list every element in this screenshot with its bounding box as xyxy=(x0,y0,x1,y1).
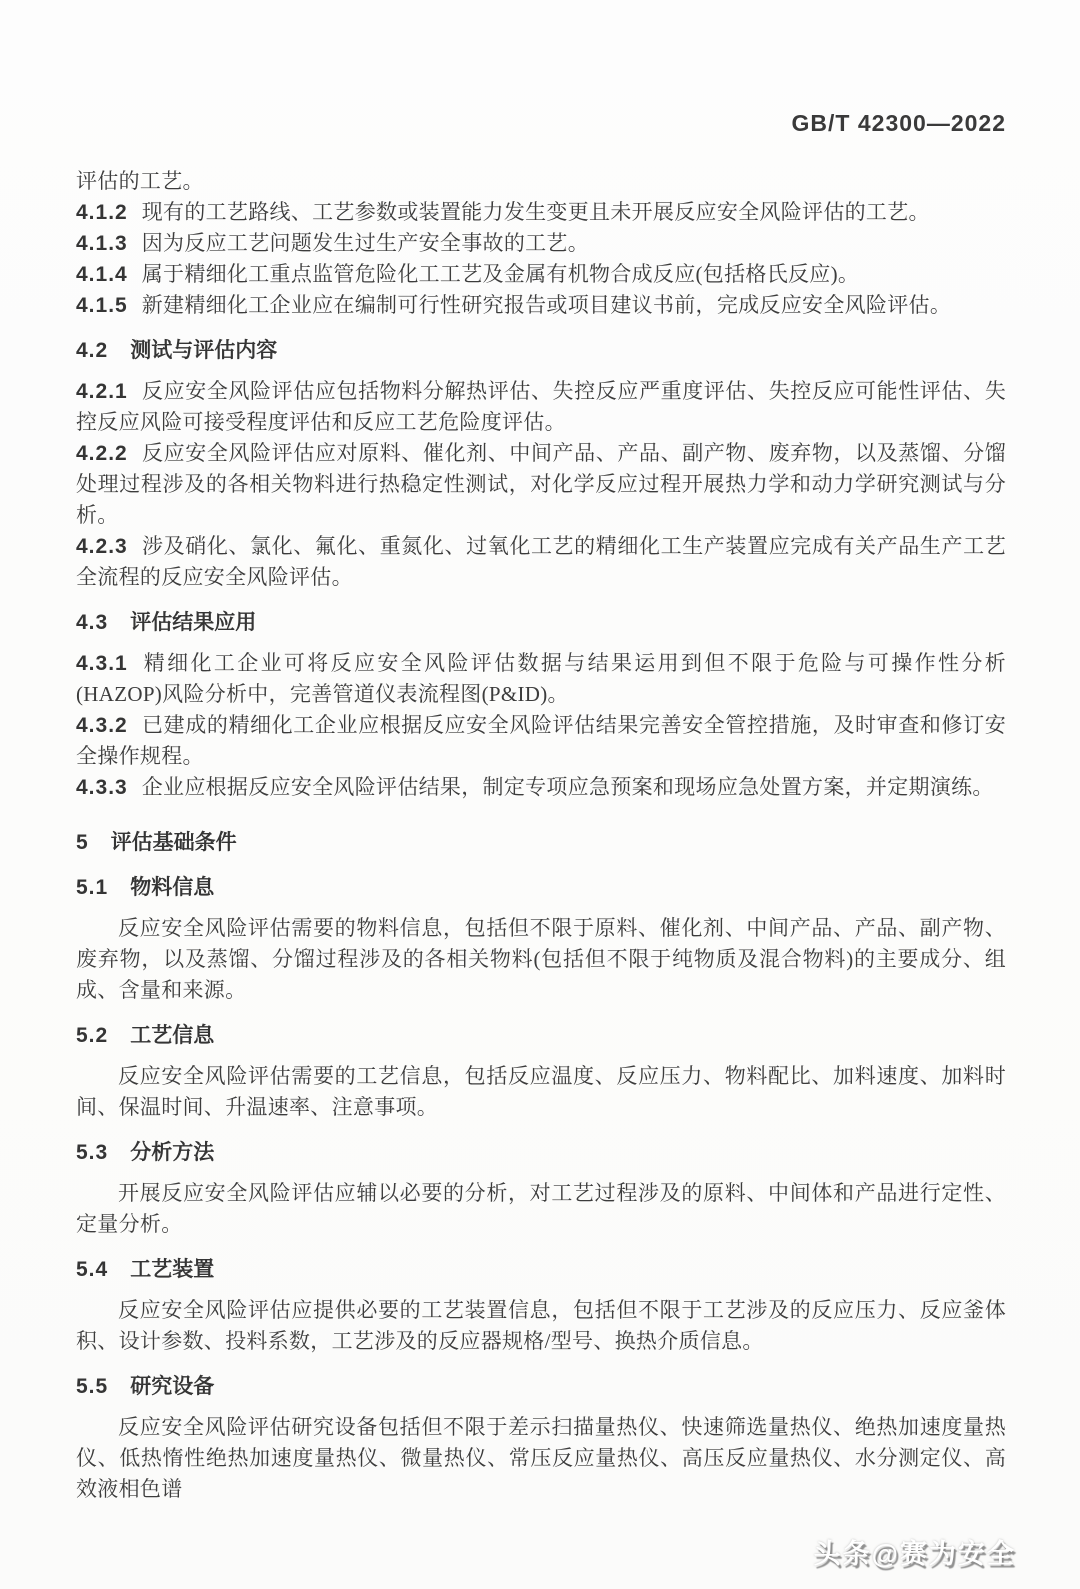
paragraph-text: 企业应根据反应安全风险评估结果，制定专项应急预案和现场应急处置方案，并定期演练。 xyxy=(142,775,994,799)
document-content: GB/T 42300—2022 评估的工艺。4.1.2现有的工艺路线、工艺参数或… xyxy=(76,110,1006,1505)
section-heading: 5.5研究设备 xyxy=(76,1371,1006,1402)
document-body: 评估的工艺。4.1.2现有的工艺路线、工艺参数或装置能力发生变更且未开展反应安全… xyxy=(76,166,1006,1505)
clause-paragraph: 4.1.4属于精细化工重点监管危险化工工艺及金属有机物合成反应(包括格氏反应)。 xyxy=(76,259,1006,290)
clause-number: 4.3.3 xyxy=(76,776,128,799)
indented-paragraph: 反应安全风险评估需要的工艺信息，包括反应温度、反应压力、物料配比、加料速度、加料… xyxy=(76,1061,1006,1123)
heading-text: 工艺信息 xyxy=(130,1024,214,1047)
paragraph-text: 反应安全风险评估应包括物料分解热评估、失控反应严重度评估、失控反应可能性评估、失… xyxy=(76,379,1006,434)
clause-paragraph: 4.3.1精细化工企业可将反应安全风险评估数据与结果运用到但不限于危险与可操作性… xyxy=(76,648,1006,710)
paragraph-text: 反应安全风险评估应对原料、催化剂、中间产品、产品、副产物、废弃物，以及蒸馏、分馏… xyxy=(76,441,1006,527)
clause-paragraph: 4.3.3企业应根据反应安全风险评估结果，制定专项应急预案和现场应急处置方案，并… xyxy=(76,772,1006,803)
paragraph-text: 反应安全风险评估需要的工艺信息，包括反应温度、反应压力、物料配比、加料速度、加料… xyxy=(76,1064,1006,1119)
clause-paragraph: 4.2.2反应安全风险评估应对原料、催化剂、中间产品、产品、副产物、废弃物，以及… xyxy=(76,438,1006,531)
indented-paragraph: 开展反应安全风险评估应辅以必要的分析，对工艺过程涉及的原料、中间体和产品进行定性… xyxy=(76,1178,1006,1240)
heading-number: 4.3 xyxy=(76,611,108,634)
clause-paragraph: 4.1.3因为反应工艺问题发生过生产安全事故的工艺。 xyxy=(76,228,1006,259)
clause-paragraph: 4.2.1反应安全风险评估应包括物料分解热评估、失控反应严重度评估、失控反应可能… xyxy=(76,376,1006,438)
paragraph-text: 反应安全风险评估应提供必要的工艺装置信息，包括但不限于工艺涉及的反应压力、反应釜… xyxy=(76,1298,1006,1353)
clause-paragraph: 4.3.2已建成的精细化工企业应根据反应安全风险评估结果完善安全管控措施，及时审… xyxy=(76,710,1006,772)
chapter-heading: 5评估基础条件 xyxy=(76,827,1006,858)
document-page: GB/T 42300—2022 评估的工艺。4.1.2现有的工艺路线、工艺参数或… xyxy=(0,0,1080,1589)
clause-number: 4.2.1 xyxy=(76,380,128,403)
heading-number: 5.5 xyxy=(76,1375,108,1398)
section-heading: 5.4工艺装置 xyxy=(76,1254,1006,1285)
section-heading: 5.3分析方法 xyxy=(76,1137,1006,1168)
heading-text: 测试与评估内容 xyxy=(130,339,277,362)
heading-text: 物料信息 xyxy=(130,876,214,899)
indented-paragraph: 反应安全风险评估研究设备包括但不限于差示扫描量热仪、快速筛选量热仪、绝热加速度量… xyxy=(76,1412,1006,1505)
heading-text: 评估结果应用 xyxy=(130,611,256,634)
clause-number: 4.1.2 xyxy=(76,201,128,224)
continuation-paragraph: 评估的工艺。 xyxy=(76,166,1006,197)
heading-number: 5.1 xyxy=(76,876,108,899)
clause-number: 4.2.2 xyxy=(76,442,128,465)
section-heading: 4.2测试与评估内容 xyxy=(76,335,1006,366)
clause-paragraph: 4.1.2现有的工艺路线、工艺参数或装置能力发生变更且未开展反应安全风险评估的工… xyxy=(76,197,1006,228)
heading-number: 5.2 xyxy=(76,1024,108,1047)
clause-number: 4.1.4 xyxy=(76,263,128,286)
heading-text: 研究设备 xyxy=(130,1375,214,1398)
heading-number: 5.3 xyxy=(76,1141,108,1164)
clause-number: 4.2.3 xyxy=(76,535,128,558)
heading-number: 4.2 xyxy=(76,339,108,362)
watermark-text: 头条@赛为安全 xyxy=(814,1539,1016,1569)
paragraph-text: 新建精细化工企业应在编制可行性研究报告或项目建议书前，完成反应安全风险评估。 xyxy=(142,293,951,317)
clause-number: 4.1.5 xyxy=(76,294,128,317)
heading-text: 工艺装置 xyxy=(130,1258,214,1281)
indented-paragraph: 反应安全风险评估应提供必要的工艺装置信息，包括但不限于工艺涉及的反应压力、反应釜… xyxy=(76,1295,1006,1357)
paragraph-text: 反应安全风险评估需要的物料信息，包括但不限于原料、催化剂、中间产品、产品、副产物… xyxy=(76,916,1006,1002)
heading-number: 5 xyxy=(76,831,89,854)
paragraph-text: 精细化工企业可将反应安全风险评估数据与结果运用到但不限于危险与可操作性分析(HA… xyxy=(76,651,1006,706)
clause-paragraph: 4.2.3涉及硝化、氯化、氟化、重氮化、过氧化工艺的精细化工生产装置应完成有关产… xyxy=(76,531,1006,593)
watermark: 头条@赛为安全 xyxy=(814,1532,1016,1571)
paragraph-text: 涉及硝化、氯化、氟化、重氮化、过氧化工艺的精细化工生产装置应完成有关产品生产工艺… xyxy=(76,534,1006,589)
clause-paragraph: 4.1.5新建精细化工企业应在编制可行性研究报告或项目建议书前，完成反应安全风险… xyxy=(76,290,1006,321)
standard-code: GB/T 42300—2022 xyxy=(76,110,1006,136)
heading-text: 评估基础条件 xyxy=(111,831,237,854)
clause-number: 4.3.1 xyxy=(76,652,128,675)
section-heading: 5.2工艺信息 xyxy=(76,1020,1006,1051)
paragraph-text: 评估的工艺。 xyxy=(76,169,204,193)
indented-paragraph: 反应安全风险评估需要的物料信息，包括但不限于原料、催化剂、中间产品、产品、副产物… xyxy=(76,913,1006,1006)
clause-number: 4.1.3 xyxy=(76,232,128,255)
section-heading: 5.1物料信息 xyxy=(76,872,1006,903)
paragraph-text: 反应安全风险评估研究设备包括但不限于差示扫描量热仪、快速筛选量热仪、绝热加速度量… xyxy=(76,1415,1006,1501)
clause-number: 4.3.2 xyxy=(76,714,128,737)
heading-number: 5.4 xyxy=(76,1258,108,1281)
paragraph-text: 开展反应安全风险评估应辅以必要的分析，对工艺过程涉及的原料、中间体和产品进行定性… xyxy=(76,1181,1006,1236)
paragraph-text: 已建成的精细化工企业应根据反应安全风险评估结果完善安全管控措施，及时审查和修订安… xyxy=(76,713,1006,768)
heading-text: 分析方法 xyxy=(130,1141,214,1164)
section-heading: 4.3评估结果应用 xyxy=(76,607,1006,638)
paragraph-text: 属于精细化工重点监管危险化工工艺及金属有机物合成反应(包括格氏反应)。 xyxy=(142,262,859,286)
paragraph-text: 现有的工艺路线、工艺参数或装置能力发生变更且未开展反应安全风险评估的工艺。 xyxy=(142,200,930,224)
paragraph-text: 因为反应工艺问题发生过生产安全事故的工艺。 xyxy=(142,231,589,255)
